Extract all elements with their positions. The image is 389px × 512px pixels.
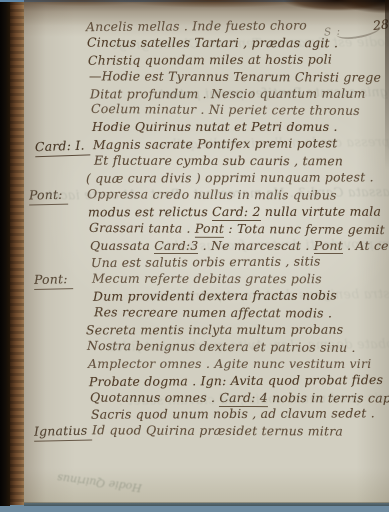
text-segment: . At certe iacet [343, 238, 389, 253]
text-segment: Amplector omnes . Agite nunc vestitum vi… [88, 356, 371, 371]
manuscript-line: modus est relictus Card: 2 nulla virtute… [88, 203, 385, 221]
text-segment: nobis in terris caput [268, 390, 389, 405]
showthrough-bottom-note: Hodie Quirinus [52, 471, 143, 495]
underlined-word: Card:3 [154, 238, 198, 255]
margin-speaker-label: Pont: [34, 271, 73, 290]
text-segment: Coelum minatur . Ni periet certe thronus [91, 101, 360, 118]
text-segment: Cinctus satelles Tartari , prædas agit . [87, 35, 338, 51]
manuscript-line: Quotannus omnes . Card: 4 nobis in terri… [90, 389, 385, 407]
underlined-word: Card: 2 [212, 204, 261, 221]
manuscript-line: —Hodie est Tyrannus Tenarum Christi greg… [89, 68, 385, 86]
manuscript-line: Secreta mentis inclyta multum probans [86, 322, 385, 340]
manuscript-line: Dum providenti dextera fractas nobis [93, 288, 385, 306]
text-segment: . Ne marcescat . [198, 238, 313, 253]
underlined-word: Pont [195, 220, 224, 237]
margin-speaker-label: Pont: [29, 187, 68, 206]
manuscript-line: Grassari tanta . Pont : Tota nunc ferme … [89, 220, 385, 239]
manuscript-line: Res recreare numen affectat modis . [94, 304, 385, 322]
text-segment: Et fluctuare cymba sub cauris , tamen [94, 153, 343, 169]
manuscript-photo: S : 28. Ancelis mellas . Inde fuesto cho… [0, 0, 389, 512]
manuscript-line: Hodie Quirinus nutat et Petri domus . [92, 119, 385, 136]
manuscript-line: Una est salutis orbis errantis , sitis [91, 253, 385, 272]
text-segment: Res recreare numen affectat modis . [94, 304, 332, 320]
text-segment: Secreta mentis inclyta multum probans [86, 322, 343, 338]
burnt-corner [329, 0, 389, 14]
margin-speaker-label: Ignatius [34, 423, 93, 442]
underlined-word: Pont [314, 238, 343, 255]
text-segment: Probate dogma . Ign: Avita quod probat f… [89, 372, 383, 389]
text-segment: Christiq quondam miles at hostis poli [88, 51, 332, 67]
manuscript-line: Quassata Card:3 . Ne marcescat . Pont . … [90, 238, 385, 255]
text-segment: Una est salutis orbis errantis , sitis [91, 254, 321, 271]
manuscript-line: Cinctus satelles Tartari , prædas agit . [87, 35, 385, 53]
page-bottom-edge [24, 502, 389, 506]
manuscript-line: Ancelis mellas . Inde fuesto choro [86, 17, 385, 36]
manuscript-line: Amplector omnes . Agite nunc vestitum vi… [88, 356, 385, 373]
text-segment: Quassata [90, 238, 154, 253]
text-segment: Ancelis mellas . Inde fuesto choro [86, 17, 307, 34]
text-segment: Id quod Quirina præsidet ternus mitra [92, 423, 343, 439]
manuscript-line: IgnatiusId quod Quirina præsidet ternus … [92, 423, 385, 441]
text-segment: : Tota nunc ferme gemit [224, 221, 385, 237]
manuscript-line: ( quæ cura divis ) opprimi nunquam potes… [86, 169, 385, 187]
text-segment: Ditat profundum . Nescio quantum malum [90, 85, 366, 101]
manuscript-text: Ancelis mellas . Inde fuesto choroCinctu… [90, 18, 385, 440]
manuscript-line: Card: I.Magnis sacrate Pontifex premi po… [93, 135, 385, 154]
text-segment: Sacris quod unum nobis , ad clavum sedet… [91, 406, 375, 422]
manuscript-line: Christiq quondam miles at hostis poli [88, 51, 385, 69]
manuscript-line: Sacris quod unum nobis , ad clavum sedet… [91, 406, 385, 424]
text-segment: Grassari tanta . [89, 220, 195, 236]
text-segment: Quotannus omnes . [90, 389, 219, 404]
page-right-edge-shadow [385, 0, 389, 170]
text-segment: Dum providenti dextera fractas nobis [93, 288, 337, 304]
text-segment: Nostra benignus dextera et patrios sinu … [87, 338, 356, 355]
text-segment: Hodie Quirinus nutat et Petri domus . [92, 119, 338, 134]
manuscript-line: Et fluctuare cymba sub cauris , tamen [94, 153, 385, 171]
manuscript-line: Ditat profundum . Nescio quantum malum [90, 85, 385, 103]
manuscript-line: Pont:Mecum referte debitas grates polis [92, 271, 385, 289]
text-segment: —Hodie est Tyrannus Tenarum Christi greg… [89, 68, 381, 84]
manuscript-page: S : 28. Ancelis mellas . Inde fuesto cho… [24, 2, 389, 503]
manuscript-line: Coelum minatur . Ni periet certe thronus [91, 101, 385, 120]
text-segment: Oppressa credo nullus in malis quibus [87, 186, 337, 202]
text-segment: nulla virtute mala [261, 203, 382, 218]
binding-gutter [10, 2, 24, 505]
manuscript-line: Probate dogma . Ign: Avita quod probat f… [89, 372, 385, 391]
manuscript-line: Nostra benignus dextera et patrios sinu … [87, 338, 385, 357]
manuscript-line: Pont:Oppressa credo nullus in malis quib… [87, 186, 385, 204]
underlined-word: Card: 4 [219, 390, 268, 407]
text-segment: Magnis sacrate Pontifex premi potest [93, 136, 338, 153]
binding-board [0, 2, 10, 506]
text-segment: modus est relictus [88, 204, 212, 219]
text-segment: Mecum referte debitas grates polis [92, 271, 322, 287]
margin-speaker-label: Card: I. [35, 138, 90, 158]
text-segment: ( quæ cura divis ) opprimi nunquam potes… [86, 169, 374, 185]
